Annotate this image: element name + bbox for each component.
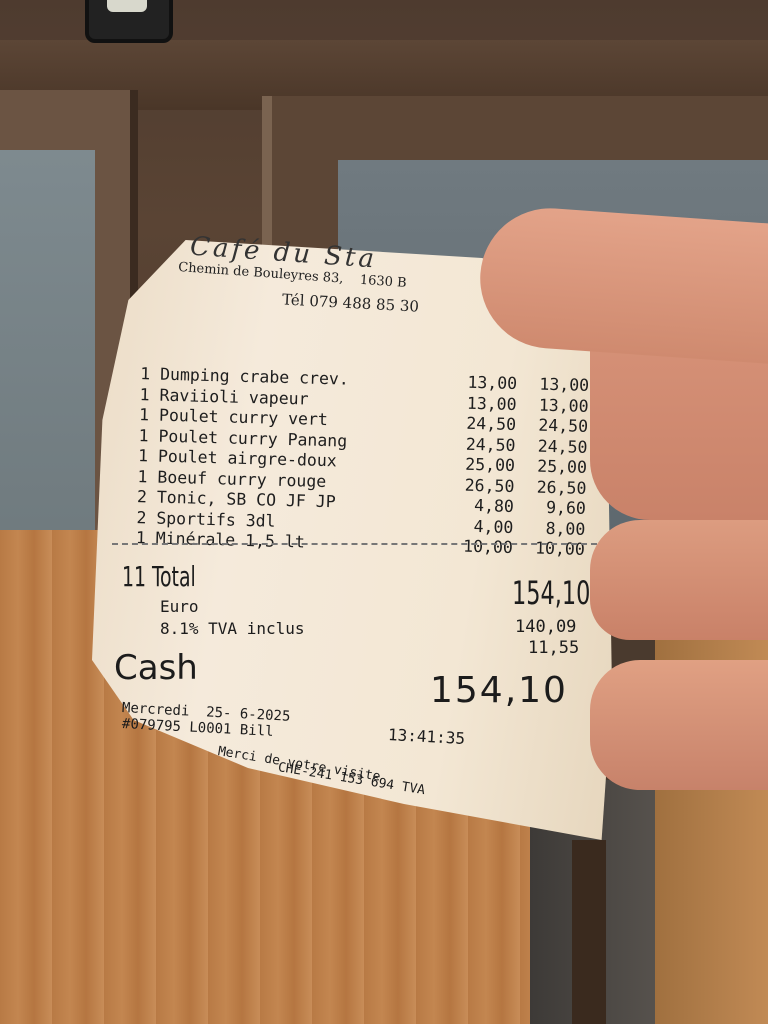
photo-scene: Café du Sta Chemin de Bouleyres 83, 1630… [0,0,768,1024]
item-total: 13,00 [516,395,589,417]
item-unit-price: 10,00 [441,536,514,558]
hand-finger [590,520,768,640]
payment-value: 154,10 [430,670,568,711]
item-total: 13,00 [517,374,590,396]
hand-finger [590,660,768,790]
item-total: 25,00 [515,456,588,478]
item-total: 8,00 [513,517,586,539]
item-total: 24,50 [516,415,589,437]
door-fixture [85,0,173,43]
total-value: 154,10 [512,574,590,612]
receipt-time: 13:41:35 [388,725,466,748]
dashed-divider [112,543,597,545]
item-name: Sportifs 3dl [156,508,276,530]
item-unit-price: 13,00 [445,372,518,394]
item-name: Minérale 1,5 lt [156,529,305,552]
item-unit-price: 25,00 [443,454,516,476]
item-name: Raviioli vapeur [159,385,308,408]
item-name: Tonic, SB CO JF JP [157,488,336,512]
item-total: 24,50 [515,436,588,458]
payment-label: Cash [114,648,198,688]
tva-amount: 11,55 [528,638,579,658]
door-glass-left [0,150,95,550]
item-unit-price: 24,50 [443,434,516,456]
item-unit-price: 4,00 [441,516,514,538]
item-total: 26,50 [514,476,587,498]
item-name: Boeuf curry rouge [157,467,326,490]
item-total: 10,00 [513,538,586,560]
chair-leg [572,840,606,1024]
tva-net-amount: 140,09 [515,617,576,637]
item-total: 9,60 [514,497,587,519]
item-name: Poulet curry vert [159,406,328,429]
total-label: 11 Total [122,560,196,593]
item-unit-price: 26,50 [442,475,515,497]
item-unit-price: 24,50 [444,413,517,435]
receipt-items: 1 Dumping crabe crev. 13,00 13,00 1 Ravi… [136,364,590,560]
tva-label: 8.1% TVA inclus [160,619,305,638]
item-unit-price: 4,80 [442,495,515,517]
item-name: Poulet airgre-doux [158,447,337,471]
item-unit-price: 13,00 [444,393,517,415]
currency-label: Euro [160,597,199,616]
fixture-plate [107,0,147,12]
